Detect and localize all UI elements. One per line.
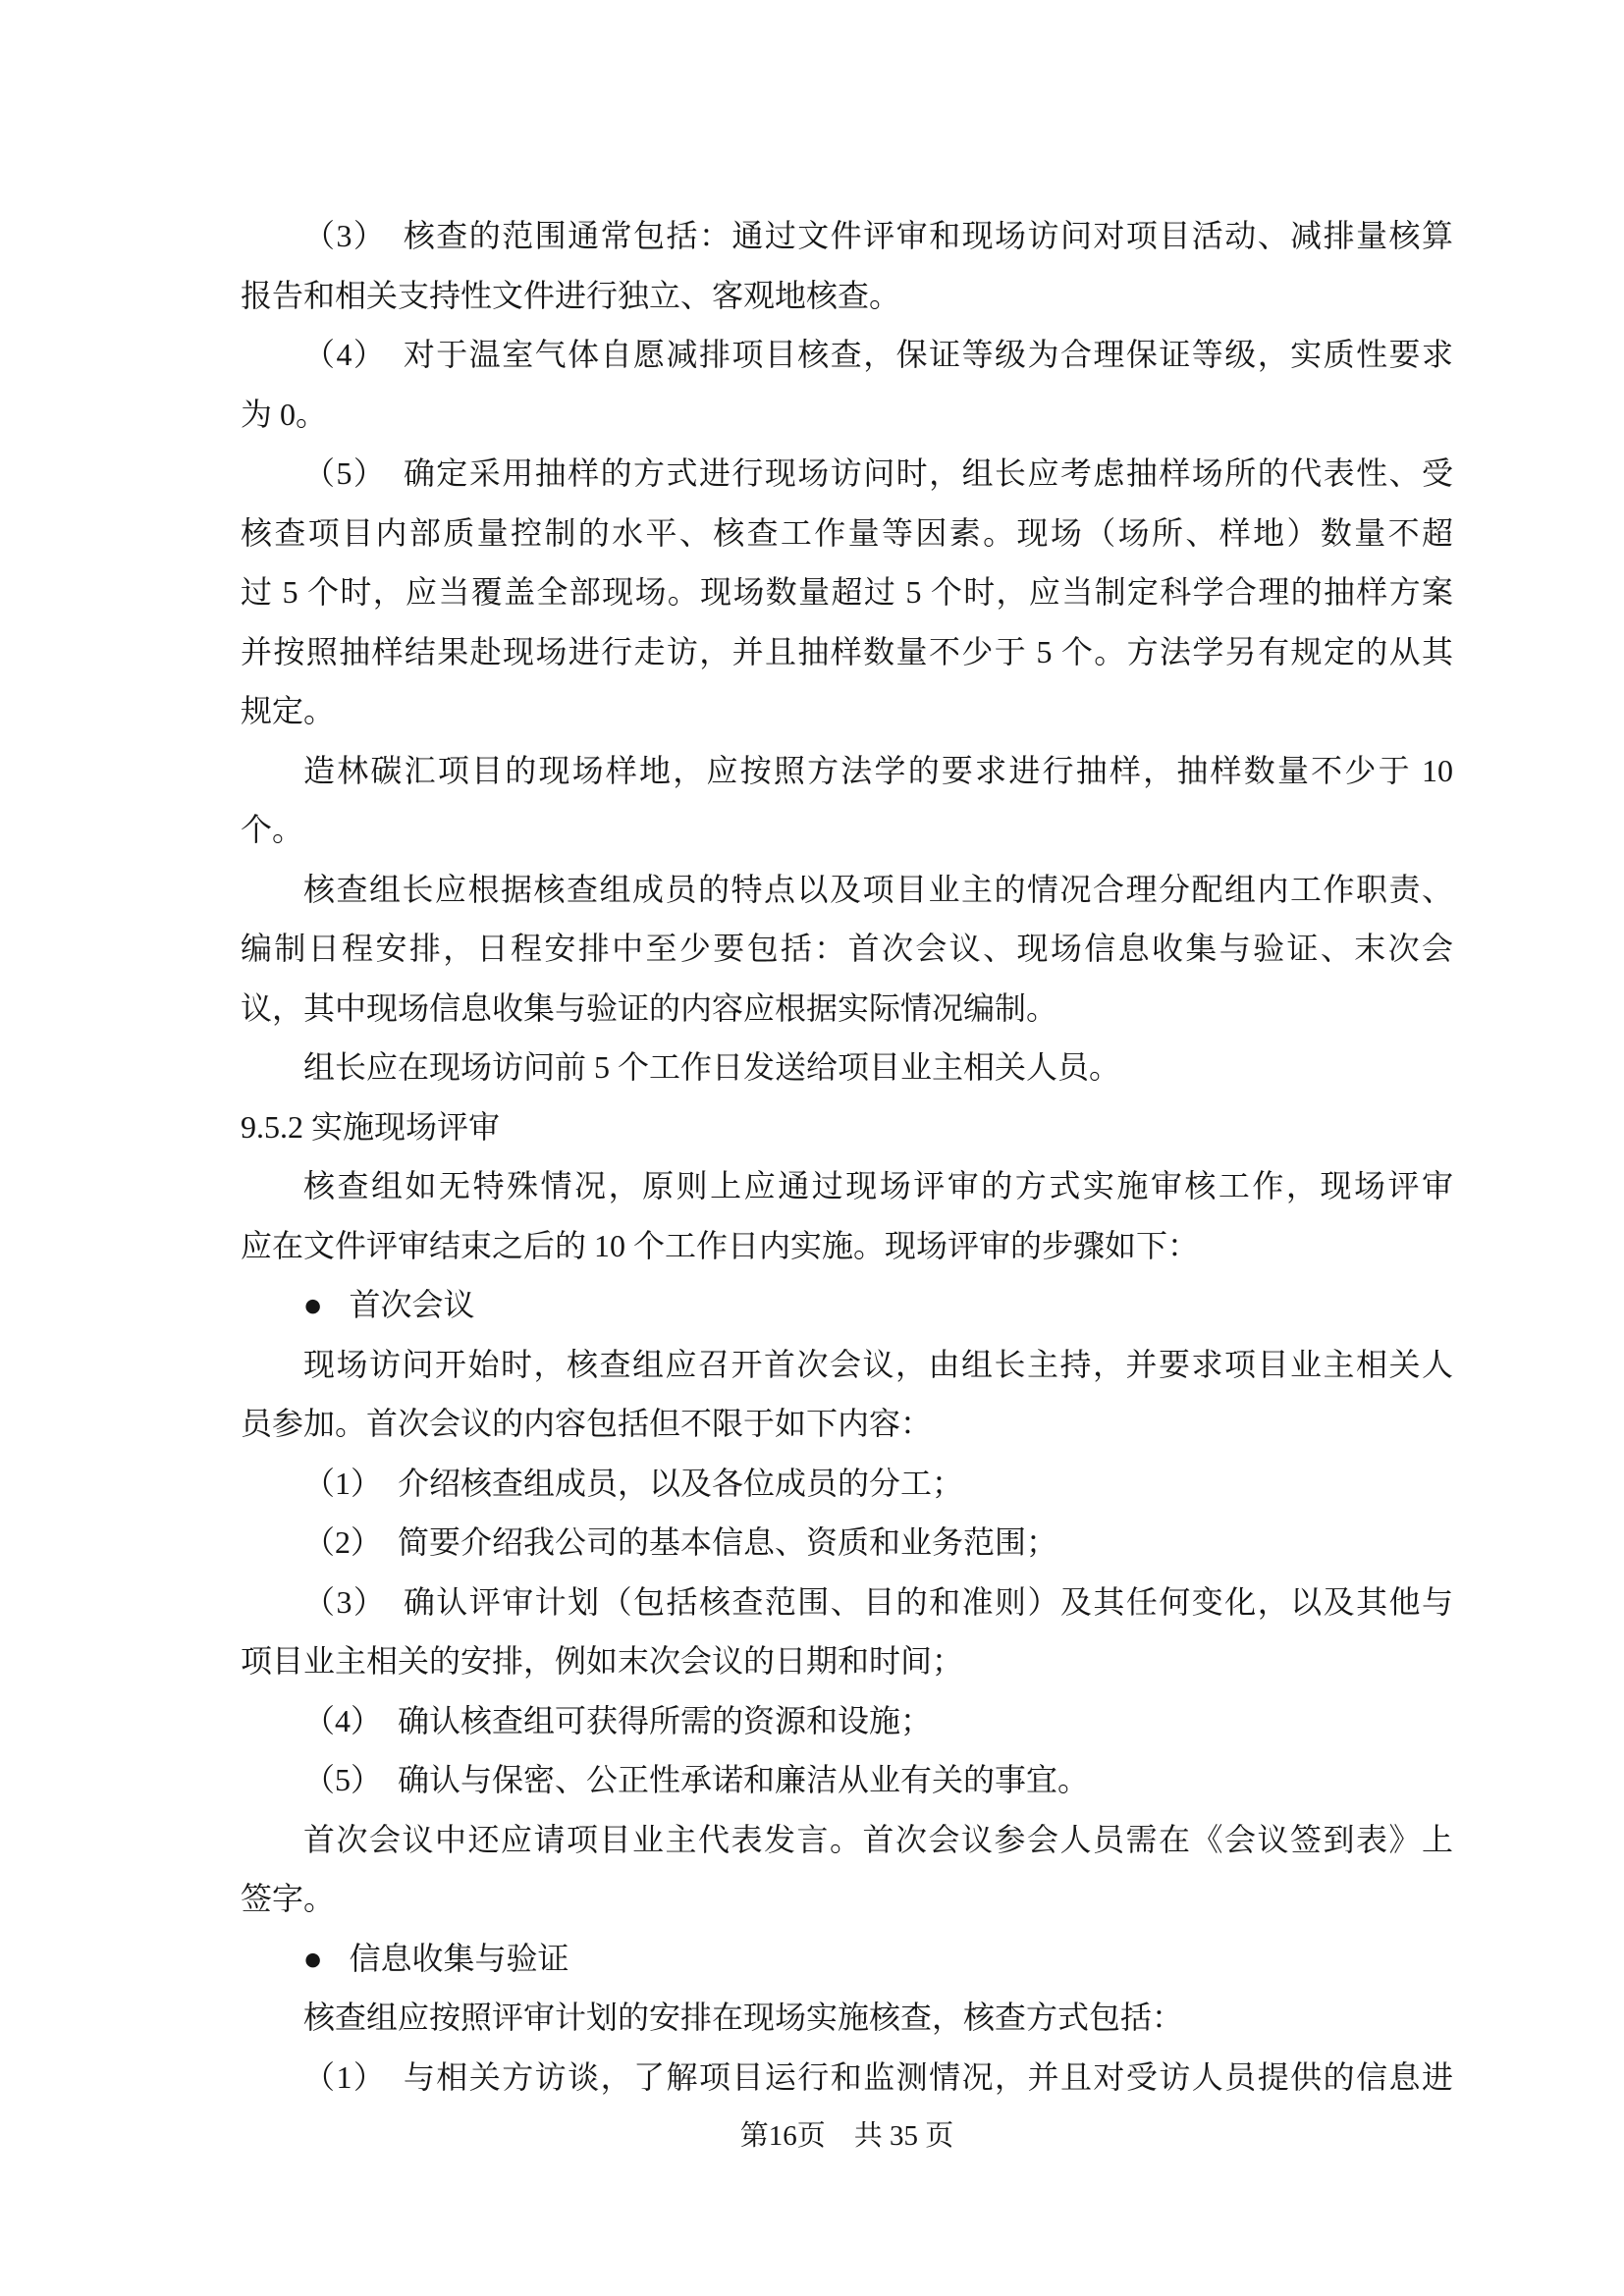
text-line: 首次会议中还应请项目业主代表发言。首次会议参会人员需在《会议签到表》上 — [241, 1810, 1453, 1870]
text-line: 现场访问开始时，核查组应召开首次会议，由组长主持，并要求项目业主相关人 — [241, 1335, 1453, 1395]
bullet-item-info-collection: ●信息收集与验证 — [241, 1929, 1453, 1989]
page-footer: 第16页 共 35 页 — [241, 2107, 1453, 2165]
text-line: 核查项目内部质量控制的水平、核查工作量等因素。现场（场所、样地）数量不超 — [241, 504, 1453, 563]
text-line: （4） 对于温室气体自愿减排项目核查，保证等级为合理保证等级，实质性要求 — [241, 325, 1453, 385]
document-page: （3） 核查的范围通常包括：通过文件评审和现场访问对项目活动、减排量核算 报告和… — [241, 206, 1453, 2107]
text-line: 报告和相关支持性文件进行独立、客观地核查。 — [241, 266, 1453, 326]
text-line: （5） 确定采用抽样的方式进行现场访问时，组长应考虑抽样场所的代表性、受 — [241, 444, 1453, 504]
text-line: 规定。 — [241, 681, 1453, 741]
text-line: 为 0。 — [241, 385, 1453, 445]
text-line: （1） 与相关方访谈，了解项目运行和监测情况，并且对受访人员提供的信息进 — [241, 2048, 1453, 2108]
bullet-icon: ● — [303, 1927, 323, 1990]
text-line: （2） 简要介绍我公司的基本信息、资质和业务范围； — [241, 1513, 1453, 1573]
text-line: （3） 确认评审计划（包括核查范围、目的和准则）及其任何变化，以及其他与 — [241, 1573, 1453, 1632]
text-line: 核查组应按照评审计划的安排在现场实施核查，核查方式包括： — [241, 1988, 1453, 2048]
text-line: 员参加。首次会议的内容包括但不限于如下内容： — [241, 1394, 1453, 1454]
bullet-icon: ● — [303, 1273, 323, 1336]
bullet-item-first-meeting: ●首次会议 — [241, 1275, 1453, 1335]
bullet-item-label: 信息收集与验证 — [350, 1941, 569, 1976]
text-line: 应在文件评审结束之后的 10 个工作日内实施。现场评审的步骤如下： — [241, 1216, 1453, 1276]
section-heading-9-5-2: 9.5.2 实施现场评审 — [241, 1097, 1453, 1157]
text-line: 核查组长应根据核查组成员的特点以及项目业主的情况合理分配组内工作职责、 — [241, 860, 1453, 920]
text-line: 并按照抽样结果赴现场进行走访，并且抽样数量不少于 5 个。方法学另有规定的从其 — [241, 622, 1453, 682]
text-line: （5） 确认与保密、公正性承诺和廉洁从业有关的事宜。 — [241, 1750, 1453, 1810]
text-line: （3） 核查的范围通常包括：通过文件评审和现场访问对项目活动、减排量核算 — [241, 206, 1453, 266]
text-line: 议，其中现场信息收集与验证的内容应根据实际情况编制。 — [241, 979, 1453, 1039]
text-line: 造林碳汇项目的现场样地，应按照方法学的要求进行抽样，抽样数量不少于 10 — [241, 741, 1453, 801]
text-line: 编制日程安排，日程安排中至少要包括：首次会议、现场信息收集与验证、末次会 — [241, 919, 1453, 979]
text-line: 项目业主相关的安排，例如末次会议的日期和时间； — [241, 1631, 1453, 1691]
text-line: 个。 — [241, 800, 1453, 860]
text-line: （1） 介绍核查组成员，以及各位成员的分工； — [241, 1454, 1453, 1514]
text-line: 过 5 个时，应当覆盖全部现场。现场数量超过 5 个时，应当制定科学合理的抽样方… — [241, 562, 1453, 622]
text-line: （4） 确认核查组可获得所需的资源和设施； — [241, 1691, 1453, 1751]
bullet-item-label: 首次会议 — [350, 1287, 475, 1322]
text-line: 组长应在现场访问前 5 个工作日发送给项目业主相关人员。 — [241, 1038, 1453, 1097]
text-line: 核查组如无特殊情况，原则上应通过现场评审的方式实施审核工作，现场评审 — [241, 1156, 1453, 1216]
text-line: 签字。 — [241, 1869, 1453, 1929]
